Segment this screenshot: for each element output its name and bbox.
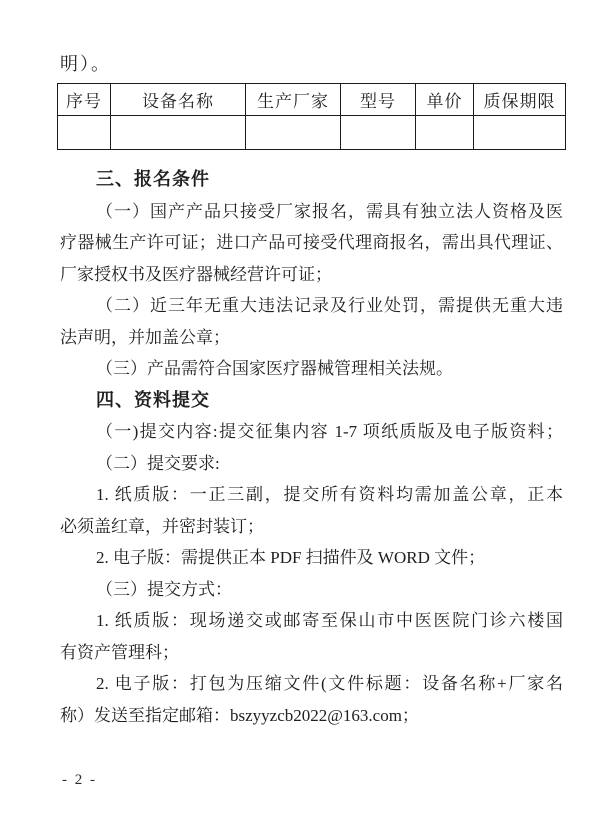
paragraph-line: 1. 纸质版：一正三副，提交所有资料均需加盖公章，正本 [60,479,563,511]
table-header-row: 序号 设备名称 生产厂家 型号 单价 质保期限 [58,84,566,116]
paragraph-line: 有资产管理科； [60,637,563,669]
paragraph-line: 称）发送至指定邮箱：bszyyzcb2022@163.com； [60,700,563,732]
page-number: - 2 - [62,772,97,789]
paragraph-line: （二）提交要求: [60,448,563,480]
table-header-manufacturer: 生产厂家 [246,84,341,116]
paragraph-line: 2. 电子版：打包为压缩文件(文件标题：设备名称+厂家名 [60,668,563,700]
table-cell-device-name [111,116,246,150]
table-cell-model [341,116,416,150]
table-header-model: 型号 [341,84,416,116]
table-header-warranty: 质保期限 [474,84,566,116]
table-cell-unit-price [416,116,474,150]
section-3-heading: 三、报名条件 [60,164,563,196]
paragraph-line: （三）提交方式： [60,574,563,606]
paragraph-line: 2. 电子版：需提供正本 PDF 扫描件及 WORD 文件； [60,542,563,574]
paragraph-line: （一)提交内容:提交征集内容 1-7 项纸质版及电子版资料； [60,416,563,448]
paragraph-line: 法声明，并加盖公章； [60,322,563,354]
table-header-device-name: 设备名称 [111,84,246,116]
document-page: 明）。 序号 设备名称 生产厂家 型号 单价 质保期限 [0,0,615,831]
table-header-serial: 序号 [58,84,111,116]
table-cell-warranty [474,116,566,150]
equipment-table: 序号 设备名称 生产厂家 型号 单价 质保期限 [57,83,566,150]
table-cell-serial [58,116,111,150]
paragraph-line: （一）国产产品只接受厂家报名，需具有独立法人资格及医 [60,196,563,228]
document-content: 明）。 序号 设备名称 生产厂家 型号 单价 质保期限 [60,0,563,731]
table-header-unit-price: 单价 [416,84,474,116]
paragraph-line: （二）近三年无重大违法记录及行业处罚，需提供无重大违 [60,290,563,322]
section-4-heading: 四、资料提交 [60,385,563,417]
table-cell-manufacturer [246,116,341,150]
paragraph-line: 1. 纸质版：现场递交或邮寄至保山市中医医院门诊六楼国 [60,605,563,637]
paragraph-line: （三）产品需符合国家医疗器械管理相关法规。 [60,353,563,385]
paragraph-line: 必须盖红章，并密封装订； [60,511,563,543]
table-row [58,116,566,150]
paragraph-line: 疗器械生产许可证；进口产品可接受代理商报名，需出具代理证、 [60,227,563,259]
paragraph-line: 厂家授权书及医疗器械经营许可证； [60,259,563,291]
intro-line: 明）。 [60,0,563,78]
